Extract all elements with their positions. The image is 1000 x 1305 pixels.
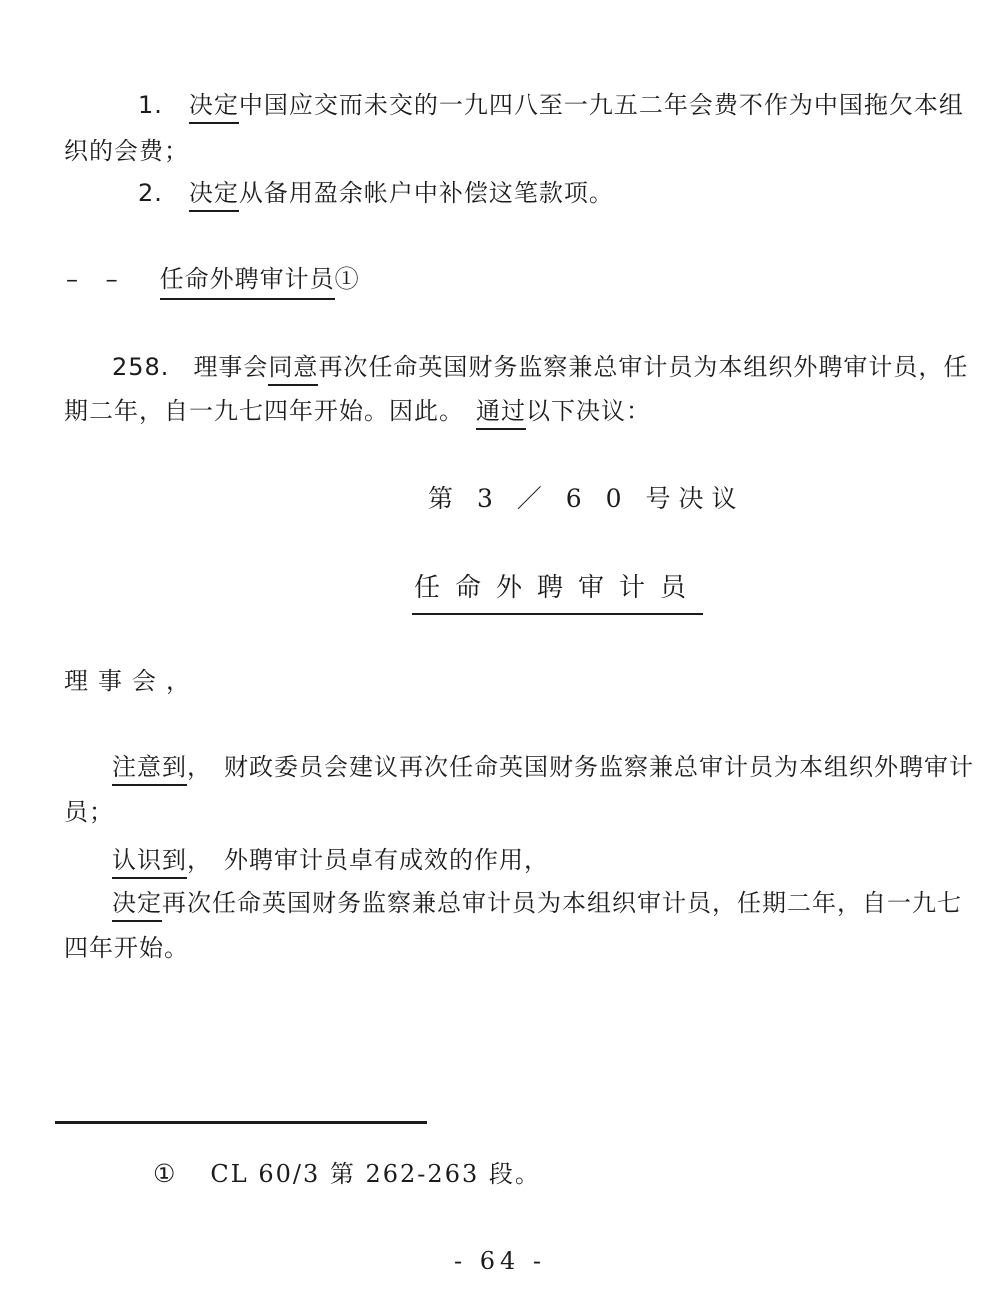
paragraph-258-text: 再次任命英国财务监察兼总审计员为本组织外聘审计员，任 (318, 353, 968, 381)
paragraph-258-text-end: 以下决议： (526, 397, 651, 425)
section-dashes: – – (66, 265, 128, 293)
resolution-number-heading: 第 3 ／ 6 0 号决议 (428, 483, 744, 514)
noting-clause-line-1: 注意到，财政委员会建议再次任命英国财务监察兼总审计员为本组织外聘审计 (112, 752, 974, 782)
paragraph-number: 258. (112, 353, 169, 381)
deciding-text: 再次任命英国财务监察兼总审计员为本组织审计员，任期二年，自一九七 (162, 889, 962, 917)
item-1-text-continued: 织的会费； (64, 137, 189, 165)
item-2-text: 从备用盈余帐户中补偿这笔款项。 (239, 179, 614, 207)
noting-clause-line-2: 员； (64, 797, 114, 827)
deciding-clause-line-1: 决定再次任命英国财务监察兼总审计员为本组织审计员，任期二年，自一九七 (112, 888, 962, 918)
scanned-document-page: 1.决定中国应交而未交的一九四八至一九五二年会费不作为中国拖欠本组 织的会费； … (0, 0, 1000, 1305)
resolution-title-heading: 任命外聘审计员 (412, 572, 703, 605)
footnote-reference-mark: ① (335, 265, 360, 293)
underlined-term-agrees: 同意 (268, 353, 318, 386)
footnote-separator-rule (55, 1121, 427, 1124)
noting-text: 财政委员会建议再次任命英国财务监察兼总审计员为本组织外聘审计 (224, 753, 974, 781)
item-2-number: 2. (138, 179, 163, 207)
item-1-text: 中国应交而未交的一九四八至一九五二年会费不作为中国拖欠本组 (239, 91, 964, 119)
list-item-1-line-2: 织的会费； (64, 136, 189, 166)
recognizing-text: 外聘审计员卓有成效的作用， (224, 846, 549, 874)
recognizing-clause: 认识到，外聘审计员卓有成效的作用， (112, 845, 549, 875)
noting-text-continued: 员； (64, 798, 114, 826)
underlined-term-decides: 决定 (189, 91, 239, 124)
item-1-number: 1. (138, 91, 163, 119)
noting-comma: ， (187, 753, 212, 781)
resolution-title-text: 任命外聘审计员 (412, 573, 703, 615)
underlined-term-noting: 注意到 (112, 753, 187, 786)
paragraph-258-pre: 理事会 (193, 353, 268, 381)
page-number: - 64 - (0, 1246, 1000, 1276)
underlined-term-decides: 决定 (189, 179, 239, 212)
list-item-1-line-1: 1.决定中国应交而未交的一九四八至一九五二年会费不作为中国拖欠本组 (138, 90, 964, 120)
footnote: ①CL 60/3 第 262-263 段。 (153, 1158, 541, 1189)
paragraph-258-line-1: 258.理事会同意再次任命英国财务监察兼总审计员为本组织外聘审计员，任 (112, 352, 968, 382)
council-line: 理事会， (64, 666, 200, 696)
section-title: 任命外聘审计员 (160, 265, 335, 300)
underlined-term-decides: 决定 (112, 889, 162, 922)
underlined-term-recognizing: 认识到 (112, 846, 187, 879)
underlined-term-adopts: 通过 (476, 397, 526, 430)
list-item-2: 2.决定从备用盈余帐户中补偿这笔款项。 (138, 178, 614, 208)
deciding-text-continued: 四年开始。 (64, 934, 189, 962)
recognizing-comma: ， (187, 846, 212, 874)
deciding-clause-line-2: 四年开始。 (64, 933, 189, 963)
footnote-marker: ① (153, 1159, 176, 1188)
page-number-text: - 64 - (454, 1247, 546, 1275)
paragraph-258-text-continued: 期二年，自一九七四年开始。因此。 (64, 397, 464, 425)
council-text: 理事会， (64, 667, 200, 695)
resolution-number-text: 第 3 ／ 6 0 号决议 (428, 484, 744, 513)
section-heading: – –任命外聘审计员① (66, 264, 360, 294)
paragraph-258-line-2: 期二年，自一九七四年开始。因此。通过以下决议： (64, 396, 651, 426)
footnote-text: CL 60/3 第 262-263 段。 (210, 1160, 540, 1188)
